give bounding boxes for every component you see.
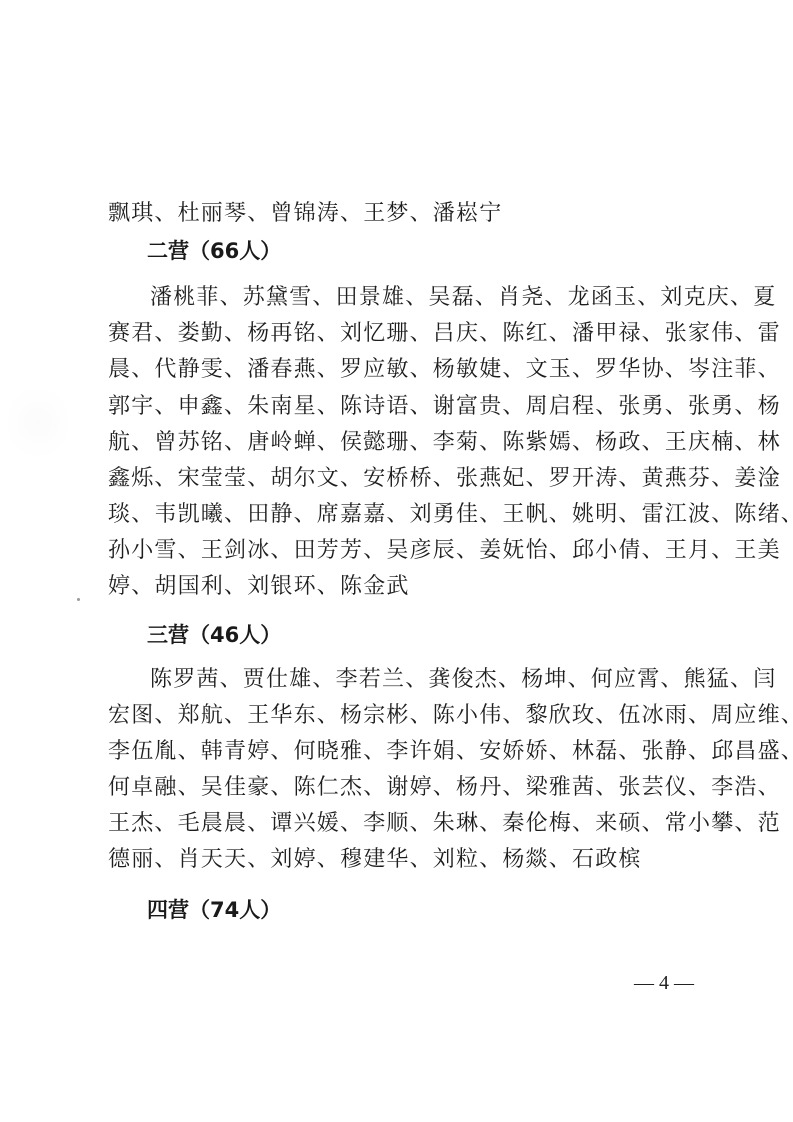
- name-list-line: 何卓融、吴佳豪、陈仁杰、谢婷、杨丹、梁雅茜、张芸仪、李浩、: [108, 773, 708, 803]
- name-list-line: 王杰、毛晨晨、谭兴媛、李顺、朱琳、秦伦梅、来硕、常小攀、范: [108, 809, 708, 839]
- section-heading-battalion-4: 四营（74人）: [147, 895, 281, 925]
- name-list-line: 晨、代静雯、潘春燕、罗应敏、杨敏婕、文玉、罗华协、岑注菲、: [108, 355, 708, 385]
- section-heading-battalion-2: 二营（66人）: [147, 236, 281, 266]
- continuation-name-line: 飘琪、杜丽琴、曾锦涛、王梦、潘崧宁: [108, 199, 708, 229]
- page-number: — 4 —: [634, 970, 694, 996]
- name-list-line: 李伍胤、韩青婷、何晓雅、李许娟、安娇娇、林磊、张静、邱昌盛、: [108, 737, 708, 767]
- name-list-line: 鑫烁、宋莹莹、胡尔文、安桥桥、张燕妃、罗开涛、黄燕芬、姜淦: [108, 464, 708, 494]
- scan-speck: [77, 598, 80, 601]
- name-list-line: 宏图、郑航、王华东、杨宗彬、陈小伟、黎欣玫、伍冰雨、周应维、: [108, 701, 708, 731]
- name-list-line: 婷、胡国利、刘银环、陈金武: [108, 572, 708, 602]
- name-list-line: 航、曾苏铭、唐岭蝉、侯懿珊、李菊、陈紫嫣、杨政、王庆楠、林: [108, 428, 708, 458]
- name-list-line: 潘桃菲、苏黛雪、田景雄、吴磊、肖尧、龙函玉、刘克庆、夏: [150, 283, 708, 313]
- name-list-line: 琰、韦凯曦、田静、席嘉嘉、刘勇佳、王帆、姚明、雷江波、陈绪、: [108, 500, 708, 530]
- section-heading-battalion-3: 三营（46人）: [147, 620, 281, 650]
- faded-stamp-mark: [8, 380, 68, 465]
- name-list-line: 德丽、肖天天、刘婷、穆建华、刘粒、杨燚、石政槟: [108, 845, 708, 875]
- name-list-line: 孙小雪、王剑冰、田芳芳、吴彦辰、姜妩怡、邱小倩、王月、王美: [108, 536, 708, 566]
- name-list-line: 陈罗茜、贾仕雄、李若兰、龚俊杰、杨坤、何应霄、熊猛、闫: [150, 665, 708, 695]
- document-page: 飘琪、杜丽琴、曾锦涛、王梦、潘崧宁 二营（66人） 潘桃菲、苏黛雪、田景雄、吴磊…: [0, 0, 793, 1122]
- name-list-line: 郭宇、申鑫、朱南星、陈诗语、谢富贵、周启程、张勇、张勇、杨: [108, 392, 708, 422]
- name-list-line: 赛君、娄勤、杨再铭、刘忆珊、吕庆、陈红、潘甲禄、张家伟、雷: [108, 319, 708, 349]
